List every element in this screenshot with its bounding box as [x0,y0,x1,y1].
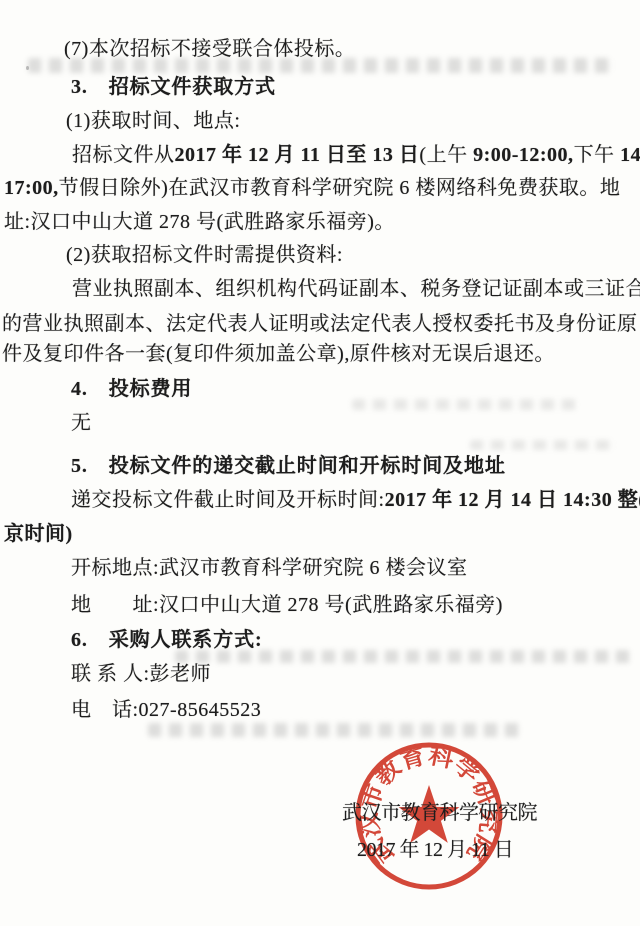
text-run: 4. 投标费用 [71,378,192,400]
scan-speck [26,66,29,70]
bleed-through-band [352,399,577,410]
text-run: (7)本次招标不接受联合体投标。 [64,38,355,60]
doc-line-materials-1: 营业执照副本、组织机构代码证副本、税务登记证副本或三证合一 [72,278,640,301]
text-run: 下午 [574,144,621,166]
text-run: (上午 [419,144,473,166]
text-run: 开标地点:武汉市教育科学研究院 6 楼会议室 [71,557,468,579]
doc-line-contact-phone: 电 话:027-85645523 [71,699,261,722]
text-run-bold: 京时间) [4,523,73,545]
text-run: 的营业执照副本、法定代表人证明或法定代表人授权委托书及身份证原 [2,313,638,335]
doc-heading-3: 3. 招标文件获取方式 [71,76,276,99]
text-run: 招标文件从 [72,144,175,166]
text-run: (2)获取招标文件时需提供资料: [66,244,343,266]
text-run: 武汉市教育科学研究院 [342,802,537,824]
bleed-through-band [470,440,615,450]
text-run: 地 址:汉口中山大道 278 号(武胜路家乐福旁) [71,594,503,616]
scanned-document-page: (7)本次招标不接受联合体投标。 3. 招标文件获取方式 (1)获取时间、地点:… [0,0,640,926]
text-run: 无 [71,412,92,434]
bleed-through-band [148,723,520,737]
text-run-bold: 2017 年 12 月 11 日至 13 日 [175,144,420,166]
doc-line-none: 无 [71,412,92,435]
text-run: 联 系 人:彭老师 [71,663,211,685]
text-run-bold: 2017 年 12 月 14 日 14:30 整(北 [385,489,640,511]
text-run: 电 话:027-85645523 [71,699,261,721]
text-run: 6. 采购人联系方式: [71,629,263,651]
doc-heading-6: 6. 采购人联系方式: [71,629,263,652]
doc-line-open-address: 地 址:汉口中山大道 278 号(武胜路家乐福旁) [71,594,503,617]
doc-line-address-wrap: 址:汉口中山大道 278 号(武胜路家乐福旁)。 [4,211,395,234]
doc-line-open-place: 开标地点:武汉市教育科学研究院 6 楼会议室 [71,557,468,580]
doc-line-deadline: 递交投标文件截止时间及开标时间:2017 年 12 月 14 日 14:30 整… [71,489,640,512]
doc-line-3-2: (2)获取招标文件时需提供资料: [66,244,343,267]
text-run: 5. 投标文件的递交截止时间和开标时间及地址 [71,455,506,477]
text-run-bold: 14:30- [620,144,640,166]
doc-line-item7: (7)本次招标不接受联合体投标。 [64,38,355,61]
text-run-bold: 9:00-12:00, [473,144,573,166]
text-run: 址:汉口中山大道 278 号(武胜路家乐福旁)。 [4,211,395,233]
text-run: (1)获取时间、地点: [66,110,240,132]
doc-heading-5: 5. 投标文件的递交截止时间和开标时间及地址 [71,455,506,478]
signature-date: 2017 年 12 月 11 日 [357,839,513,862]
text-run: 节假日除外)在武汉市教育科学研究院 6 楼网络科免费获取。地 [59,177,621,199]
doc-line-deadline-2: 京时间) [4,523,73,546]
text-run: 3. 招标文件获取方式 [71,76,276,98]
doc-line-contact-person: 联 系 人:彭老师 [71,663,211,686]
text-run: 递交投标文件截止时间及开标时间: [71,489,385,511]
doc-line-obtain-time-2: 17:00,节假日除外)在武汉市教育科学研究院 6 楼网络科免费获取。地 [4,177,620,200]
text-run: 营业执照副本、组织机构代码证副本、税务登记证副本或三证合一 [72,278,640,300]
text-run: 件及复印件各一套(复印件须加盖公章),原件核对无误后退还。 [2,343,555,365]
doc-line-obtain-time: 招标文件从2017 年 12 月 11 日至 13 日(上午 9:00-12:0… [72,144,640,167]
signature-organization: 武汉市教育科学研究院 [342,802,537,825]
doc-line-3-1: (1)获取时间、地点: [66,110,240,133]
text-run: 2017 年 12 月 11 日 [357,839,513,861]
text-run-bold: 17:00, [4,177,59,199]
doc-line-materials-3: 件及复印件各一套(复印件须加盖公章),原件核对无误后退还。 [2,343,555,366]
doc-line-materials-2: 的营业执照副本、法定代表人证明或法定代表人授权委托书及身份证原 [2,313,638,336]
doc-heading-4: 4. 投标费用 [71,378,192,401]
